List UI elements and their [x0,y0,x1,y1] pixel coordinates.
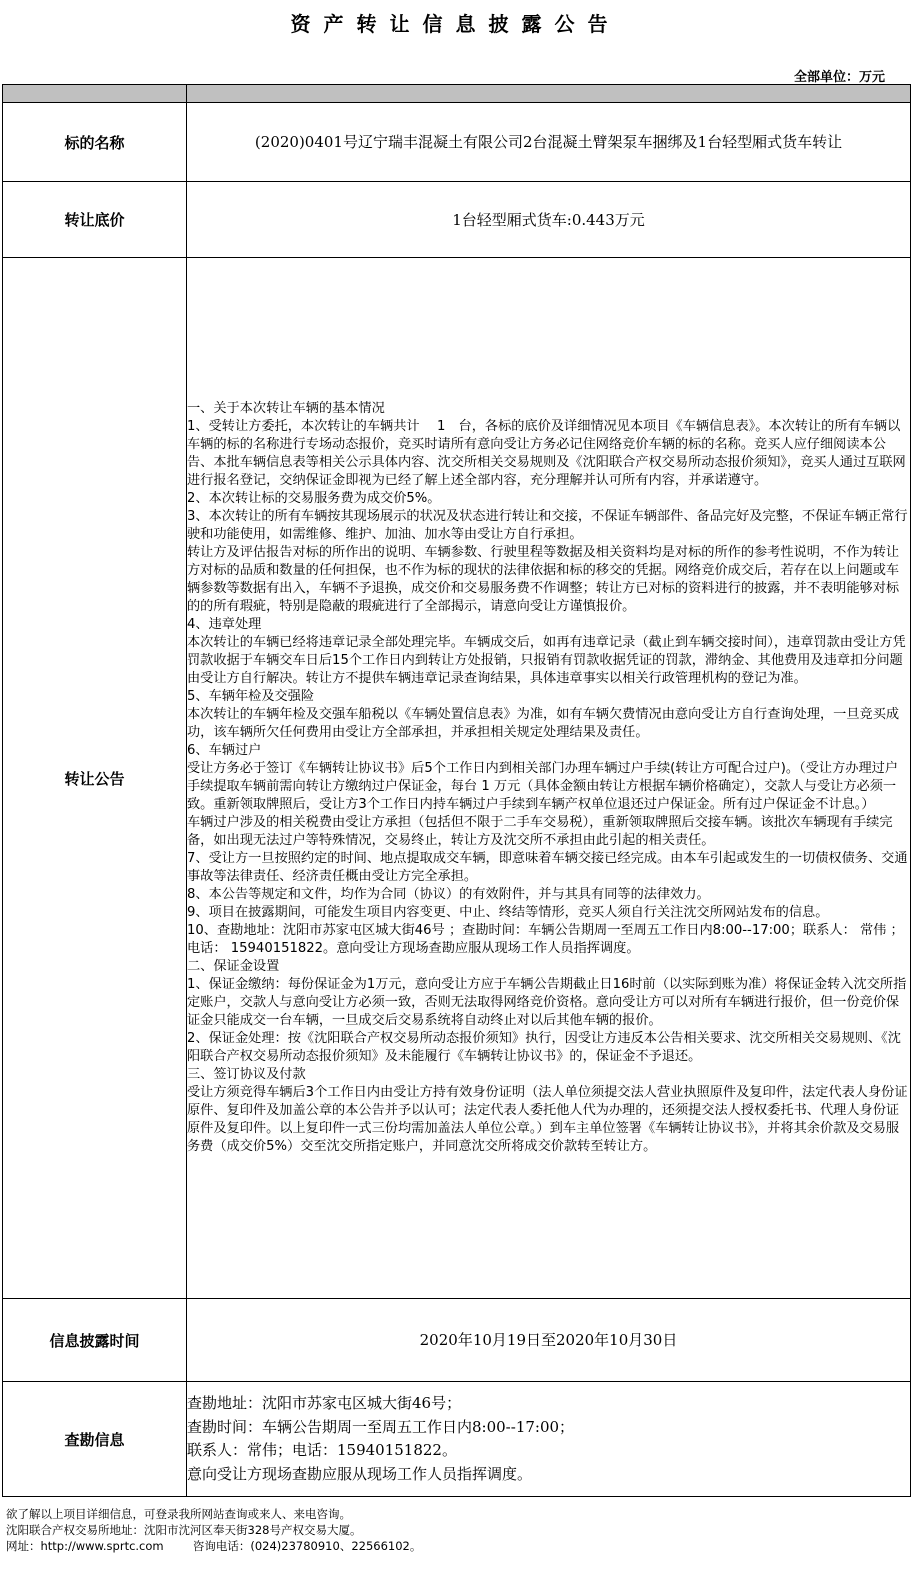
notice-paragraph: 车辆过户涉及的相关税费由受让方承担（包括但不限于二手车交易税），重新领取牌照后交… [187,814,910,850]
row-label: 查勘信息 [3,1382,187,1497]
row-transfer-notice: 转让公告 一、关于本次转让车辆的基本情况 1、受转让方委托，本次转让的车辆共计 … [3,258,911,1299]
notice-paragraph: 本次转让的车辆年检及交强车船税以《车辆处置信息表》为准，如有车辆欠费情况由意向受… [187,706,910,742]
notice-paragraph: 转让方及评估报告对标的所作出的说明、车辆参数、行驶里程等数据及相关资料均是对标的… [187,544,910,616]
notice-heading-1: 一、关于本次转让车辆的基本情况 [187,400,910,418]
table-header-row [3,85,911,103]
inspection-time: 查勘时间：车辆公告期周一至周五工作日内8:00--17:00； [187,1416,910,1440]
notice-paragraph: 受让方须竞得车辆后3个工作日内由受让方持有效身份证明（法人单位须提交法人营业执照… [187,1084,910,1156]
notice-paragraph: 9、项目在披露期间，可能发生项目内容变更、中止、终结等情形，竞买人须自行关注沈交… [187,904,910,922]
row-label: 转让公告 [3,258,187,1299]
inspection-contact: 联系人：常伟；电话：15940151822。 [187,1439,910,1463]
notice-heading-3: 三、签订协议及付款 [187,1066,910,1084]
notice-paragraph: 2、保证金处理：按《沈阳联合产权交易所动态报价须知》执行，因受让方违反本公告相关… [187,1030,910,1066]
row-label: 标的名称 [3,103,187,182]
document-title: 资产转让信息披露公告 [0,8,911,37]
footer-line-address: 沈阳联合产权交易所地址：沈阳市沈河区奉天街328号产权交易大厦。 [6,1522,421,1538]
notice-paragraph: 8、本公告等规定和文件，均作为合同（协议）的有效附件，并与其具有同等的法律效力。 [187,886,910,904]
header-cell-label [3,85,187,103]
row-inspection-info: 查勘信息 查勘地址：沈阳市苏家屯区城大街46号； 查勘时间：车辆公告期周一至周五… [3,1382,911,1497]
asset-name-value: (2020)0401号辽宁瑞丰混凝土有限公司2台混凝土臂架泵车捆绑及1台轻型厢式… [187,103,911,182]
unit-note: 全部单位：万元 [794,66,885,85]
footer-line-inquiry: 欲了解以上项目详细信息，可登录我所网站查询或来人、来电咨询。 [6,1506,421,1522]
notice-paragraph: 本次转让的车辆已经将违章记录全部处理完毕。车辆成交后，如再有违章记录（截止到车辆… [187,634,910,688]
header-cell-value [187,85,911,103]
notice-subheading: 4、违章处理 [187,616,910,634]
notice-heading-2: 二、保证金设置 [187,958,910,976]
reserve-price-value: 1台轻型厢式货车:0.443万元 [187,182,911,258]
notice-subheading: 6、车辆过户 [187,742,910,760]
notice-paragraph: 3、本次转让的所有车辆按其现场展示的状况及状态进行转让和交接，不保证车辆部件、备… [187,508,910,544]
row-label: 信息披露时间 [3,1299,187,1382]
notice-paragraph: 7、受让方一旦按照约定的时间、地点提取成交车辆，即意味着车辆交接已经完成。由本车… [187,850,910,886]
row-reserve-price: 转让底价 1台轻型厢式货车:0.443万元 [3,182,911,258]
inspection-info-body: 查勘地址：沈阳市苏家屯区城大街46号； 查勘时间：车辆公告期周一至周五工作日内8… [187,1382,911,1497]
row-label: 转让底价 [3,182,187,258]
notice-paragraph: 2、本次转让标的交易服务费为成交价5%。 [187,490,910,508]
notice-paragraph: 10、查勘地址：沈阳市苏家屯区城大街46号 ；查勘时间：车辆公告期周一至周五工作… [187,922,910,958]
disclosure-table: 标的名称 (2020)0401号辽宁瑞丰混凝土有限公司2台混凝土臂架泵车捆绑及1… [2,84,911,1497]
notice-paragraph: 1、保证金缴纳：每份保证金为1万元，意向受让方应于车辆公告期截止日16时前（以实… [187,976,910,1030]
notice-paragraph: 1、受转让方委托，本次转让的车辆共计 1 台，各标的底价及详细情况见本项目《车辆… [187,418,910,490]
row-asset-name: 标的名称 (2020)0401号辽宁瑞丰混凝土有限公司2台混凝土臂架泵车捆绑及1… [3,103,911,182]
inspection-address: 查勘地址：沈阳市苏家屯区城大街46号； [187,1392,910,1416]
notice-paragraph: 受让方务必于签订《车辆转让协议书》后5个工作日内到相关部门办理车辆过户手续(转让… [187,760,910,814]
row-disclosure-period: 信息披露时间 2020年10月19日至2020年10月30日 [3,1299,911,1382]
notice-subheading: 5、车辆年检及交强险 [187,688,910,706]
footer-line-website-phone: 网址：http://www.sprtc.com 咨询电话：(024)237809… [6,1538,421,1554]
inspection-instruction: 意向受让方现场查勘应服从现场工作人员指挥调度。 [187,1463,910,1487]
disclosure-period-value: 2020年10月19日至2020年10月30日 [187,1299,911,1382]
footer-contact: 欲了解以上项目详细信息，可登录我所网站查询或来人、来电咨询。 沈阳联合产权交易所… [6,1506,421,1554]
transfer-notice-body: 一、关于本次转让车辆的基本情况 1、受转让方委托，本次转让的车辆共计 1 台，各… [187,258,911,1299]
